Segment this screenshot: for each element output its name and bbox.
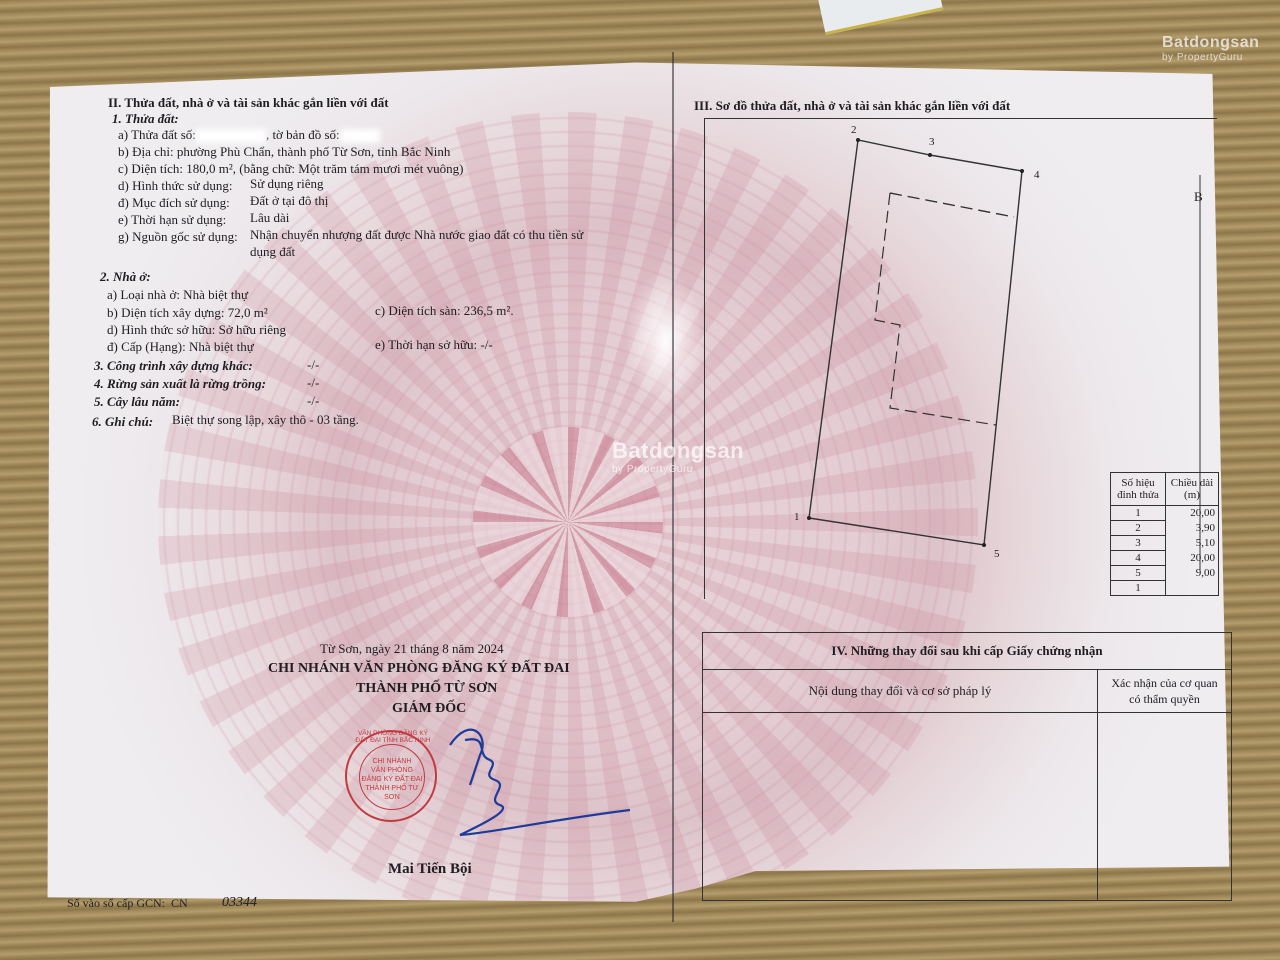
house-term: e) Thời hạn sở hữu: -/- bbox=[375, 336, 493, 354]
use-form-label: d) Hình thức sử dụng: bbox=[118, 177, 232, 195]
signer-name: Mai Tiến Bội bbox=[388, 860, 472, 878]
changes-table: IV. Những thay đổi sau khi cấp Giấy chứn… bbox=[702, 632, 1232, 901]
note-value: Biệt thự song lập, xây thô - 03 tầng. bbox=[172, 411, 359, 429]
official-red-stamp: VĂN PHÒNG ĐĂNG KÝ ĐẤT ĐAI TỈNH BẮC NINH … bbox=[345, 730, 437, 822]
signature bbox=[430, 715, 630, 845]
org-line-2: THÀNH PHỐ TỪ SƠN bbox=[356, 680, 497, 698]
use-purpose-value: Đất ở tại đô thị bbox=[250, 192, 328, 210]
note-label: 6. Ghi chú: bbox=[92, 413, 153, 431]
house-ownership: d) Hình thức sở hữu: Sở hữu riêng bbox=[107, 321, 286, 339]
table-row: 120,00 bbox=[1111, 506, 1219, 521]
registry-number: 03344 bbox=[222, 894, 257, 912]
other-works-value: -/- bbox=[307, 356, 319, 374]
redacted-parcel-number bbox=[196, 129, 266, 143]
changes-confirmation-cell bbox=[1098, 713, 1232, 901]
use-purpose-label: đ) Mục đích sử dụng: bbox=[118, 194, 230, 212]
house-floor-area: c) Diện tích sàn: 236,5 m². bbox=[375, 302, 514, 320]
changes-title: IV. Những thay đổi sau khi cấp Giấy chứn… bbox=[703, 633, 1232, 670]
page-fold bbox=[672, 52, 674, 922]
light-glare bbox=[625, 270, 705, 410]
point-label-4: 4 bbox=[1034, 169, 1040, 181]
use-origin-value-cont: dụng đất bbox=[250, 243, 295, 261]
use-term-value: Lâu dài bbox=[250, 209, 289, 227]
header-length: Chiều dài (m) bbox=[1166, 473, 1219, 506]
table-row: 35,10 bbox=[1111, 536, 1219, 551]
changes-content-cell bbox=[703, 713, 1098, 901]
watermark-corner: Batdongsanby PropertyGuru bbox=[1162, 34, 1259, 63]
table-row: 1 bbox=[1111, 581, 1219, 596]
boundary-length-table: Số hiệu đỉnh thửa Chiều dài (m) 120,00 2… bbox=[1110, 472, 1219, 596]
parcel-line: a) Thửa đất số:, tờ bản đồ số: bbox=[118, 126, 380, 144]
place-date: Từ Sơn, ngày 21 tháng 8 năm 2024 bbox=[320, 640, 504, 658]
table-row: 420,00 bbox=[1111, 551, 1219, 566]
use-term-label: e) Thời hạn sử dụng: bbox=[118, 211, 226, 229]
header-point: Số hiệu đỉnh thửa bbox=[1111, 473, 1166, 506]
redacted-map-sheet bbox=[340, 129, 380, 143]
perennial-value: -/- bbox=[307, 392, 319, 410]
org-line-1: CHI NHÁNH VĂN PHÒNG ĐĂNG KÝ ĐẤT ĐAI bbox=[268, 660, 570, 678]
card-corner bbox=[817, 0, 943, 35]
changes-col-confirmation: Xác nhận của cơ quan có thẩm quyền bbox=[1098, 670, 1232, 713]
use-origin-value: Nhận chuyển nhượng đất được Nhà nước gia… bbox=[250, 226, 583, 244]
changes-col-content: Nội dung thay đổi và cơ sở pháp lý bbox=[703, 670, 1098, 713]
section-iii-title: III. Sơ đồ thửa đất, nhà ở và tài sản kh… bbox=[694, 97, 1010, 115]
point-label-3: 3 bbox=[929, 136, 935, 148]
perennial-label: 5. Cây lâu năm: bbox=[94, 393, 180, 411]
forest-value: -/- bbox=[307, 374, 319, 392]
house-grade: đ) Cấp (Hạng): Nhà biệt thự bbox=[107, 338, 254, 356]
point-label-2: 2 bbox=[851, 124, 857, 136]
forest-label: 4. Rừng sản xuất là rừng trồng: bbox=[94, 375, 266, 393]
registry-line: Số vào sổ cấp GCN: CN bbox=[67, 894, 188, 912]
table-row: 59,00 bbox=[1111, 566, 1219, 581]
use-form-value: Sử dụng riêng bbox=[250, 175, 324, 193]
house-build-area: b) Diện tích xây dựng: 72,0 m² bbox=[107, 304, 268, 322]
stamp-center-text: CHI NHÁNH VĂN PHÒNG ĐĂNG KÝ ĐẤT ĐAI THÀN… bbox=[360, 757, 424, 802]
address-line: b) Địa chỉ: phường Phù Chẩn, thành phố T… bbox=[118, 143, 450, 161]
point-label-5: 5 bbox=[994, 548, 1000, 560]
table-row: 23,90 bbox=[1111, 521, 1219, 536]
use-origin-label: g) Nguồn gốc sử dụng: bbox=[118, 228, 238, 246]
house-heading: 2. Nhà ở: bbox=[100, 268, 151, 286]
point-label-1: 1 bbox=[794, 511, 800, 523]
house-type: a) Loại nhà ở: Nhà biệt thự bbox=[107, 286, 248, 304]
other-works-label: 3. Công trình xây dựng khác: bbox=[94, 357, 253, 375]
